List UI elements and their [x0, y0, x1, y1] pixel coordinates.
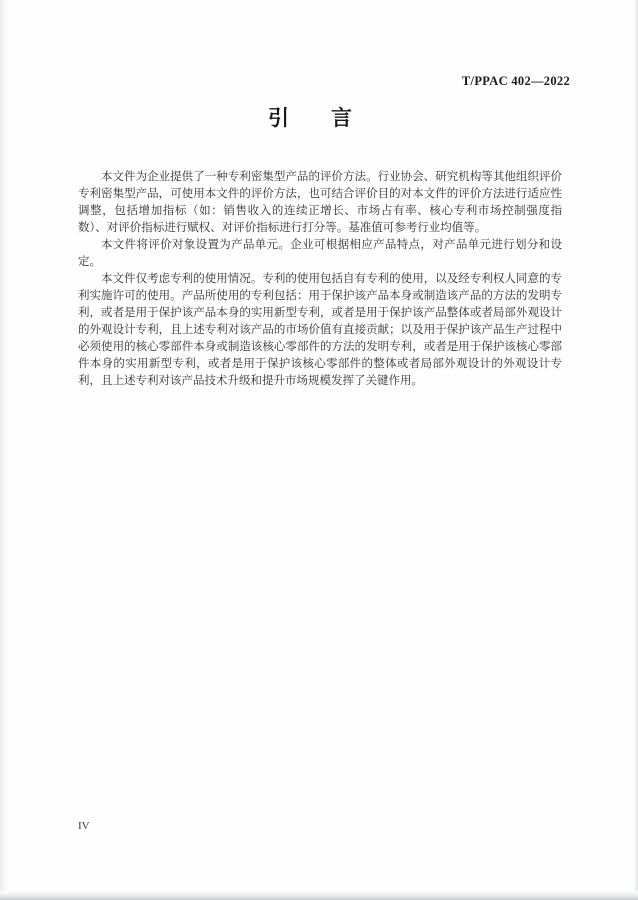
- scan-edge-bottom: [0, 891, 638, 900]
- scan-edge-left: [0, 0, 8, 900]
- doc-number: T/PPAC 402—2022: [462, 74, 570, 89]
- page-number: IV: [78, 820, 90, 832]
- intro-paragraph: 本文件将评价对象设置为产品单元。企业可根据相应产品特点，对产品单元进行划分和设定…: [78, 237, 562, 271]
- intro-paragraph: 本文件为企业提供了一种专利密集型产品的评价方法。行业协会、研究机构等其他组织评价…: [78, 169, 562, 237]
- document-page: T/PPAC 402—2022 引 言 本文件为企业提供了一种专利密集型产品的评…: [0, 0, 638, 900]
- page-title: 引 言: [0, 102, 620, 132]
- intro-body: 本文件为企业提供了一种专利密集型产品的评价方法。行业协会、研究机构等其他组织评价…: [78, 169, 562, 390]
- scan-edge-right: [633, 0, 638, 900]
- intro-paragraph: 本文件仅考虑专利的使用情况。专利的使用包括自有专利的使用，以及经专利权人同意的专…: [78, 271, 562, 390]
